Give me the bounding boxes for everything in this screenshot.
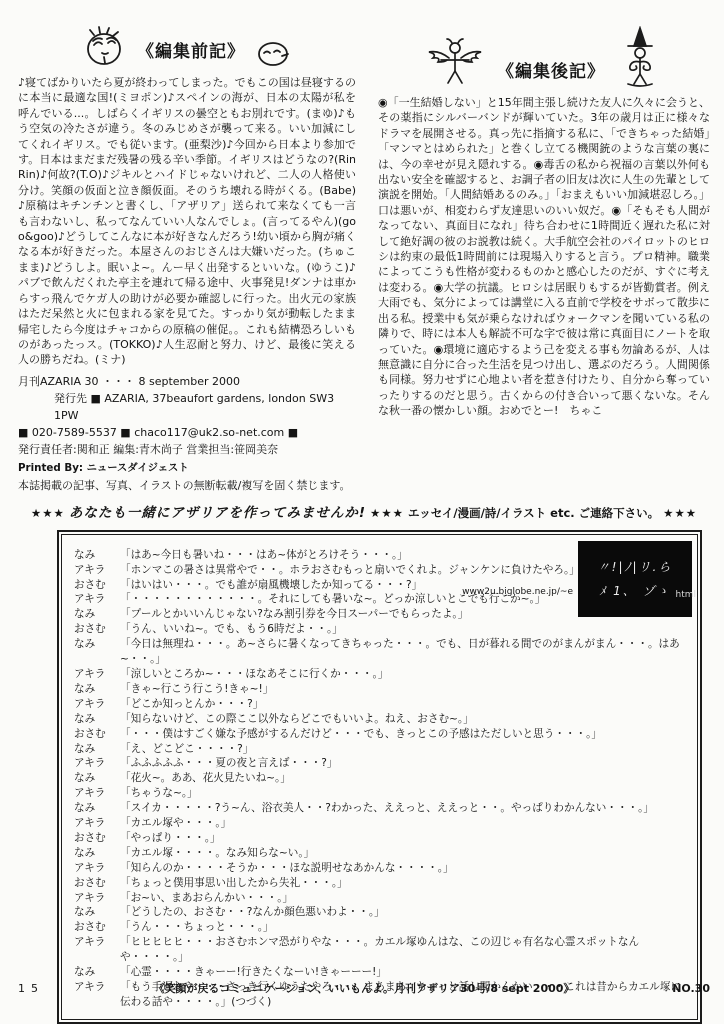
dialogue-text: 「どうしたの、おさむ・・?なんか顔色悪いわよ・・。」 xyxy=(120,905,687,920)
dialogue-line: おさむ 「うん・・・ちょっと・・・。」 xyxy=(74,920,687,935)
dialogue-line: なみ 「スイカ・・・・・?う~ん、浴衣美人・・?わかった、ええっと、ええっと・・… xyxy=(74,801,687,816)
stars-decoration: ★★★ xyxy=(663,506,697,520)
sleeping-face-icon xyxy=(255,40,293,68)
dialogue-text: 「きゃ~行こう行こう!きゃ~!」 xyxy=(120,682,687,697)
handwritten-scribble: 〃!|ﾉ|リ.ら xyxy=(584,558,686,575)
speaker-name: なみ xyxy=(74,607,120,622)
publication-line: 月刊AZARIA 30 ・・・ 8 september 2000 xyxy=(18,373,356,390)
stars-decoration: ★★★ xyxy=(31,506,65,520)
speaker-name: なみ xyxy=(74,801,120,816)
dialogue-line: おさむ 「やっぱり・・・。」 xyxy=(74,831,687,846)
issue-number: NO.30 xyxy=(640,982,710,995)
speaker-name: アキラ xyxy=(74,861,120,876)
back-note-body: ◉「一生結婚しない」と15年間主張し続けた友人に久々に会うと、その薬指にシルバー… xyxy=(378,95,710,419)
dialogue-line: アキラ 「お~い、まあおらんかい・・・。」 xyxy=(74,891,687,906)
dialogue-line: アキラ 「ちゃうな~。」 xyxy=(74,786,687,801)
recruit-banner: ★★★ あなたも一緒にアザリアを作ってみませんか! ★★★ エッセイ/漫画/詩/… xyxy=(18,501,710,521)
page-number: 15 xyxy=(18,982,88,995)
dialogue-line: なみ 「きゃ~行こう行こう!きゃ~!」 xyxy=(74,682,687,697)
dialogue-text: 「知らないけど、この際ここ以外ならどこでもいいよ。ねえ、おさむ~。」 xyxy=(120,712,687,727)
speaker-name: おさむ xyxy=(74,831,120,846)
publication-info: 月刊AZARIA 30 ・・・ 8 september 2000 発行先 ■ A… xyxy=(18,373,356,494)
dialogue-text: 「やっぱり・・・。」 xyxy=(120,831,687,846)
dialogue-line: なみ 「え、どこどこ・・・・?」 xyxy=(74,742,687,757)
dialogue-text: 「・・・僕はすごく嫌な予感がするんだけど・・・でも、きっとこの予感はただしいと思… xyxy=(120,727,687,742)
winking-face-icon xyxy=(81,26,127,68)
speaker-name: おさむ xyxy=(74,876,120,891)
dialogue-line: アキラ 「ヒヒヒヒヒ・・・おさむホンマ恐がりやな・・・。カエル塚ゆんはな、この辺… xyxy=(74,935,687,965)
speaker-name: アキラ xyxy=(74,786,120,801)
speaker-name: アキラ xyxy=(74,891,120,906)
speaker-name: おさむ xyxy=(74,578,120,593)
dialogue-text: 「ちゃうな~。」 xyxy=(120,786,687,801)
dialogue-text: 「カエル塚・・・・。なみ知らな~い。」 xyxy=(120,846,687,861)
speaker-name: なみ xyxy=(74,712,120,727)
back-note-section: 《編集後記》 xyxy=(378,26,710,494)
speaker-name: なみ xyxy=(74,965,120,980)
dialogue-line: アキラ 「どこか知っとんか・・・?」 xyxy=(74,697,687,712)
front-note-header: 《編集前記》 xyxy=(18,26,356,68)
recruit-detail: エッセイ/漫画/詩/イラスト etc. ご連絡下さい。 xyxy=(408,506,659,520)
speaker-name: おさむ xyxy=(74,622,120,637)
fairy-doodle-icon xyxy=(423,36,487,88)
website-url-tail: html xyxy=(675,590,696,600)
dialogue-box-inner: www2u.biglobe.ne.jp/~e html 〃!|ﾉ|リ.ら ﾒ 1… xyxy=(61,534,698,1020)
dialogue-text: 「うん・・・ちょっと・・・。」 xyxy=(120,920,687,935)
speaker-name: おさむ xyxy=(74,920,120,935)
dialogue-line: なみ 「花火~。ああ、花火見たいね~。」 xyxy=(74,771,687,786)
website-url: www2u.biglobe.ne.jp/~e xyxy=(462,587,573,597)
speaker-name: なみ xyxy=(74,682,120,697)
dialogue-box: www2u.biglobe.ne.jp/~e html 〃!|ﾉ|リ.ら ﾒ 1… xyxy=(57,530,702,1024)
dialogue-line: アキラ 「ふふふふふ・・・夏の夜と言えば・・・?」 xyxy=(74,756,687,771)
speaker-name: なみ xyxy=(74,771,120,786)
publication-line: 発行責任者:関和正 編集:青木尚子 営業担当:笹岡美奈 xyxy=(18,441,356,458)
dialogue-line: アキラ 「知らんのか・・・・そうか・・・ほな説明せなあかんな・・・・。」 xyxy=(74,861,687,876)
publication-line: Printed By: ニュースダイジェスト xyxy=(18,460,356,477)
speaker-name: アキラ xyxy=(74,756,120,771)
dialogue-text: 「カエル塚や・・・。」 xyxy=(120,816,687,831)
speaker-name: アキラ xyxy=(74,667,120,682)
dialogue-text: 「うん、いいね~。でも、もう6時だよ・・。」 xyxy=(120,622,687,637)
speaker-name: アキラ xyxy=(74,697,120,712)
front-note-title: 《編集前記》 xyxy=(137,37,245,68)
dialogue-line: なみ 「どうしたの、おさむ・・?なんか顔色悪いわよ・・。」 xyxy=(74,905,687,920)
dialogue-line: なみ 「知らないけど、この際ここ以外ならどこでもいいよ。ねえ、おさむ~。」 xyxy=(74,712,687,727)
back-note-title: 《編集後記》 xyxy=(497,57,605,88)
speaker-name: なみ xyxy=(74,905,120,920)
speaker-name: アキラ xyxy=(74,816,120,831)
dialogue-line: なみ 「心霊・・・・きゃーー!行きたくなーい!きゃーーー!」 xyxy=(74,965,687,980)
dialogue-text: 「ふふふふふ・・・夏の夜と言えば・・・?」 xyxy=(120,756,687,771)
dialogue-text: 「花火~。ああ、花火見たいね~。」 xyxy=(120,771,687,786)
publication-line: 発行先 ■ AZARIA, 37beaufort gardens, london… xyxy=(18,390,356,424)
dialogue-line: アキラ 「涼しいところか~・・・ほなあそこに行くか・・・。」 xyxy=(74,667,687,682)
dialogue-line: おさむ 「・・・僕はすごく嫌な予感がするんだけど・・・でも、きっとこの予感はただ… xyxy=(74,727,687,742)
front-note-body: ♪寝てばかりいたら夏が終わってしまった。でもこの国は昼寝するのに本当に最適な国!… xyxy=(18,75,356,368)
dialogue-text: 「知らんのか・・・・そうか・・・ほな説明せなあかんな・・・・。」 xyxy=(120,861,687,876)
dialogue-text: 「心霊・・・・きゃーー!行きたくなーい!きゃーーー!」 xyxy=(120,965,687,980)
dialogue-text: 「お~い、まあおらんかい・・・。」 xyxy=(120,891,687,906)
dialogue-lines: なみ 「はあ~今日も暑いね・・・はあ~体がとろけそう・・・。」 アキラ 「ホンマ… xyxy=(74,548,687,1010)
zine-page: 《編集前記》 ♪寝てばかりいたら夏が終わってしまった。でもこの国は昼寝するのに本… xyxy=(0,0,724,1024)
dialogue-line: なみ 「カエル塚・・・・。なみ知らな~い。」 xyxy=(74,846,687,861)
speaker-name: なみ xyxy=(74,548,120,563)
front-note-section: 《編集前記》 ♪寝てばかりいたら夏が終わってしまった。でもこの国は昼寝するのに本… xyxy=(18,26,356,494)
speaker-name: おさむ xyxy=(74,727,120,742)
recruit-message: あなたも一緒にアザリアを作ってみませんか! xyxy=(69,505,366,521)
publication-line: 本誌掲載の記事、写真、イラストの無断転載/複写を固く禁じます。 xyxy=(18,477,356,494)
dialogue-text: 「ちょっと僕用事思い出したから失礼・・・。」 xyxy=(120,876,687,891)
speaker-name: なみ xyxy=(74,637,120,667)
footer-caption: 《笑顔が戻るコミュニケーション、いいもんよ。月刊アザリア30号/8 sept 2… xyxy=(88,980,640,996)
speaker-name: アキラ xyxy=(74,935,120,965)
dialogue-line: おさむ 「うん、いいね~。でも、もう6時だよ・・。」 xyxy=(74,622,687,637)
speaker-name: なみ xyxy=(74,846,120,861)
back-note-header: 《編集後記》 xyxy=(378,26,710,88)
handwritten-scribble: ﾒ 1、 ゾゝ xyxy=(584,582,686,599)
dialogue-line: アキラ 「カエル塚や・・・。」 xyxy=(74,816,687,831)
witch-doodle-icon xyxy=(615,26,665,88)
speaker-name: アキラ xyxy=(74,563,120,578)
top-columns: 《編集前記》 ♪寝てばかりいたら夏が終わってしまった。でもこの国は昼寝するのに本… xyxy=(18,26,710,494)
dialogue-text: 「どこか知っとんか・・・?」 xyxy=(120,697,687,712)
dialogue-text: 「スイカ・・・・・?う~ん、浴衣美人・・?わかった、ええっと、ええっと・・。やっ… xyxy=(120,801,687,816)
speaker-name: アキラ xyxy=(74,592,120,607)
dialogue-line: おさむ 「ちょっと僕用事思い出したから失礼・・・。」 xyxy=(74,876,687,891)
publication-line: ■ 020-7589-5537 ■ chaco117@uk2.so-net.co… xyxy=(18,424,356,441)
dialogue-line: なみ 「今日は無理ね・・・。あ~さらに暑くなってきちゃった・・・。でも、日が暮れ… xyxy=(74,637,687,667)
footer: 15 《笑顔が戻るコミュニケーション、いいもんよ。月刊アザリア30号/8 sep… xyxy=(18,980,710,996)
dialogue-text: 「涼しいところか~・・・ほなあそこに行くか・・・。」 xyxy=(120,667,687,682)
dialogue-text: 「ヒヒヒヒヒ・・・おさむホンマ恐がりやな・・・。カエル塚ゆんはな、この辺じゃ有名… xyxy=(120,935,687,965)
stars-decoration: ★★★ xyxy=(370,506,404,520)
black-ad-box: 〃!|ﾉ|リ.ら ﾒ 1、 ゾゝ xyxy=(578,541,692,617)
dialogue-text: 「今日は無理ね・・・。あ~さらに暑くなってきちゃった・・・。でも、日が暮れる間で… xyxy=(120,637,687,667)
dialogue-text: 「え、どこどこ・・・・?」 xyxy=(120,742,687,757)
speaker-name: なみ xyxy=(74,742,120,757)
